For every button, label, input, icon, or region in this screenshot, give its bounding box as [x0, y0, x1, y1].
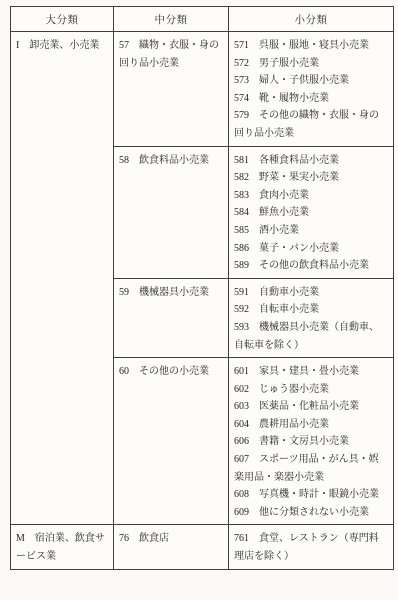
minor-category-item: 607 スポーツ用品・がん具・娯楽用品・楽器小売業 — [234, 451, 388, 486]
minor-category-item: 761 食堂、レストラン（専門料理店を除く） — [234, 530, 388, 565]
minor-category-item: 593 機械器具小売業（自動車、自転車を除く） — [234, 319, 388, 354]
minor-category-item: 586 菓子・パン小売業 — [234, 240, 388, 258]
minor-category-item: 589 その他の飲食料品小売業 — [234, 257, 388, 275]
minor-category-cell: 761 食堂、レストラン（専門料理店を除く） — [229, 525, 394, 569]
table-row: M 宿泊業、飲食サービス業76 飲食店761 食堂、レストラン（専門料理店を除く… — [11, 525, 394, 569]
middle-category-cell: 76 飲食店 — [114, 525, 229, 569]
minor-category-item: 602 じゅう器小売業 — [234, 381, 388, 399]
middle-category-cell: 58 飲食料品小売業 — [114, 146, 229, 278]
minor-category-item: 572 男子服小売業 — [234, 55, 388, 73]
minor-category-item: 606 書籍・文房具小売業 — [234, 433, 388, 451]
minor-category-cell: 601 家具・建具・畳小売業602 じゅう器小売業603 医薬品・化粧品小売業6… — [229, 358, 394, 525]
minor-category-item: 601 家具・建具・畳小売業 — [234, 363, 388, 381]
middle-category-cell: 60 その他の小売業 — [114, 358, 229, 525]
minor-category-item: 571 呉服・服地・寝具小売業 — [234, 37, 388, 55]
minor-category-cell: 571 呉服・服地・寝具小売業572 男子服小売業573 婦人・子供服小売業57… — [229, 32, 394, 147]
middle-category-cell: 59 機械器具小売業 — [114, 278, 229, 357]
minor-category-item: 574 靴・履物小売業 — [234, 90, 388, 108]
minor-category-item: 592 自転車小売業 — [234, 301, 388, 319]
major-category-cell: M 宿泊業、飲食サービス業 — [11, 525, 114, 569]
major-category-cell: I 卸売業、小売業 — [11, 32, 114, 525]
minor-category-cell: 591 自動車小売業592 自転車小売業593 機械器具小売業（自動車、自転車を… — [229, 278, 394, 357]
minor-category-item: 609 他に分類されない小売業 — [234, 504, 388, 522]
header-middle-category: 中分類 — [114, 7, 229, 32]
minor-category-item: 591 自動車小売業 — [234, 284, 388, 302]
table-body: I 卸売業、小売業57 織物・衣服・身の回り品小売業571 呉服・服地・寝具小売… — [11, 32, 394, 570]
middle-category-cell: 57 織物・衣服・身の回り品小売業 — [114, 32, 229, 147]
header-row: 大分類 中分類 小分類 — [11, 7, 394, 32]
minor-category-cell: 581 各種食料品小売業582 野菜・果実小売業583 食肉小売業584 鮮魚小… — [229, 146, 394, 278]
minor-category-item: 573 婦人・子供服小売業 — [234, 72, 388, 90]
minor-category-item: 603 医薬品・化粧品小売業 — [234, 398, 388, 416]
minor-category-item: 579 その他の織物・衣服・身の回り品小売業 — [234, 107, 388, 142]
document-page: 大分類 中分類 小分類 I 卸売業、小売業57 織物・衣服・身の回り品小売業57… — [0, 0, 398, 600]
minor-category-item: 581 各種食料品小売業 — [234, 152, 388, 170]
minor-category-item: 584 鮮魚小売業 — [234, 204, 388, 222]
table-row: I 卸売業、小売業57 織物・衣服・身の回り品小売業571 呉服・服地・寝具小売… — [11, 32, 394, 147]
minor-category-item: 585 酒小売業 — [234, 222, 388, 240]
minor-category-item: 583 食肉小売業 — [234, 187, 388, 205]
minor-category-item: 604 農耕用品小売業 — [234, 416, 388, 434]
header-major-category: 大分類 — [11, 7, 114, 32]
header-minor-category: 小分類 — [229, 7, 394, 32]
classification-table: 大分類 中分類 小分類 I 卸売業、小売業57 織物・衣服・身の回り品小売業57… — [10, 6, 394, 570]
minor-category-item: 608 写真機・時計・眼鏡小売業 — [234, 486, 388, 504]
minor-category-item: 582 野菜・果実小売業 — [234, 169, 388, 187]
